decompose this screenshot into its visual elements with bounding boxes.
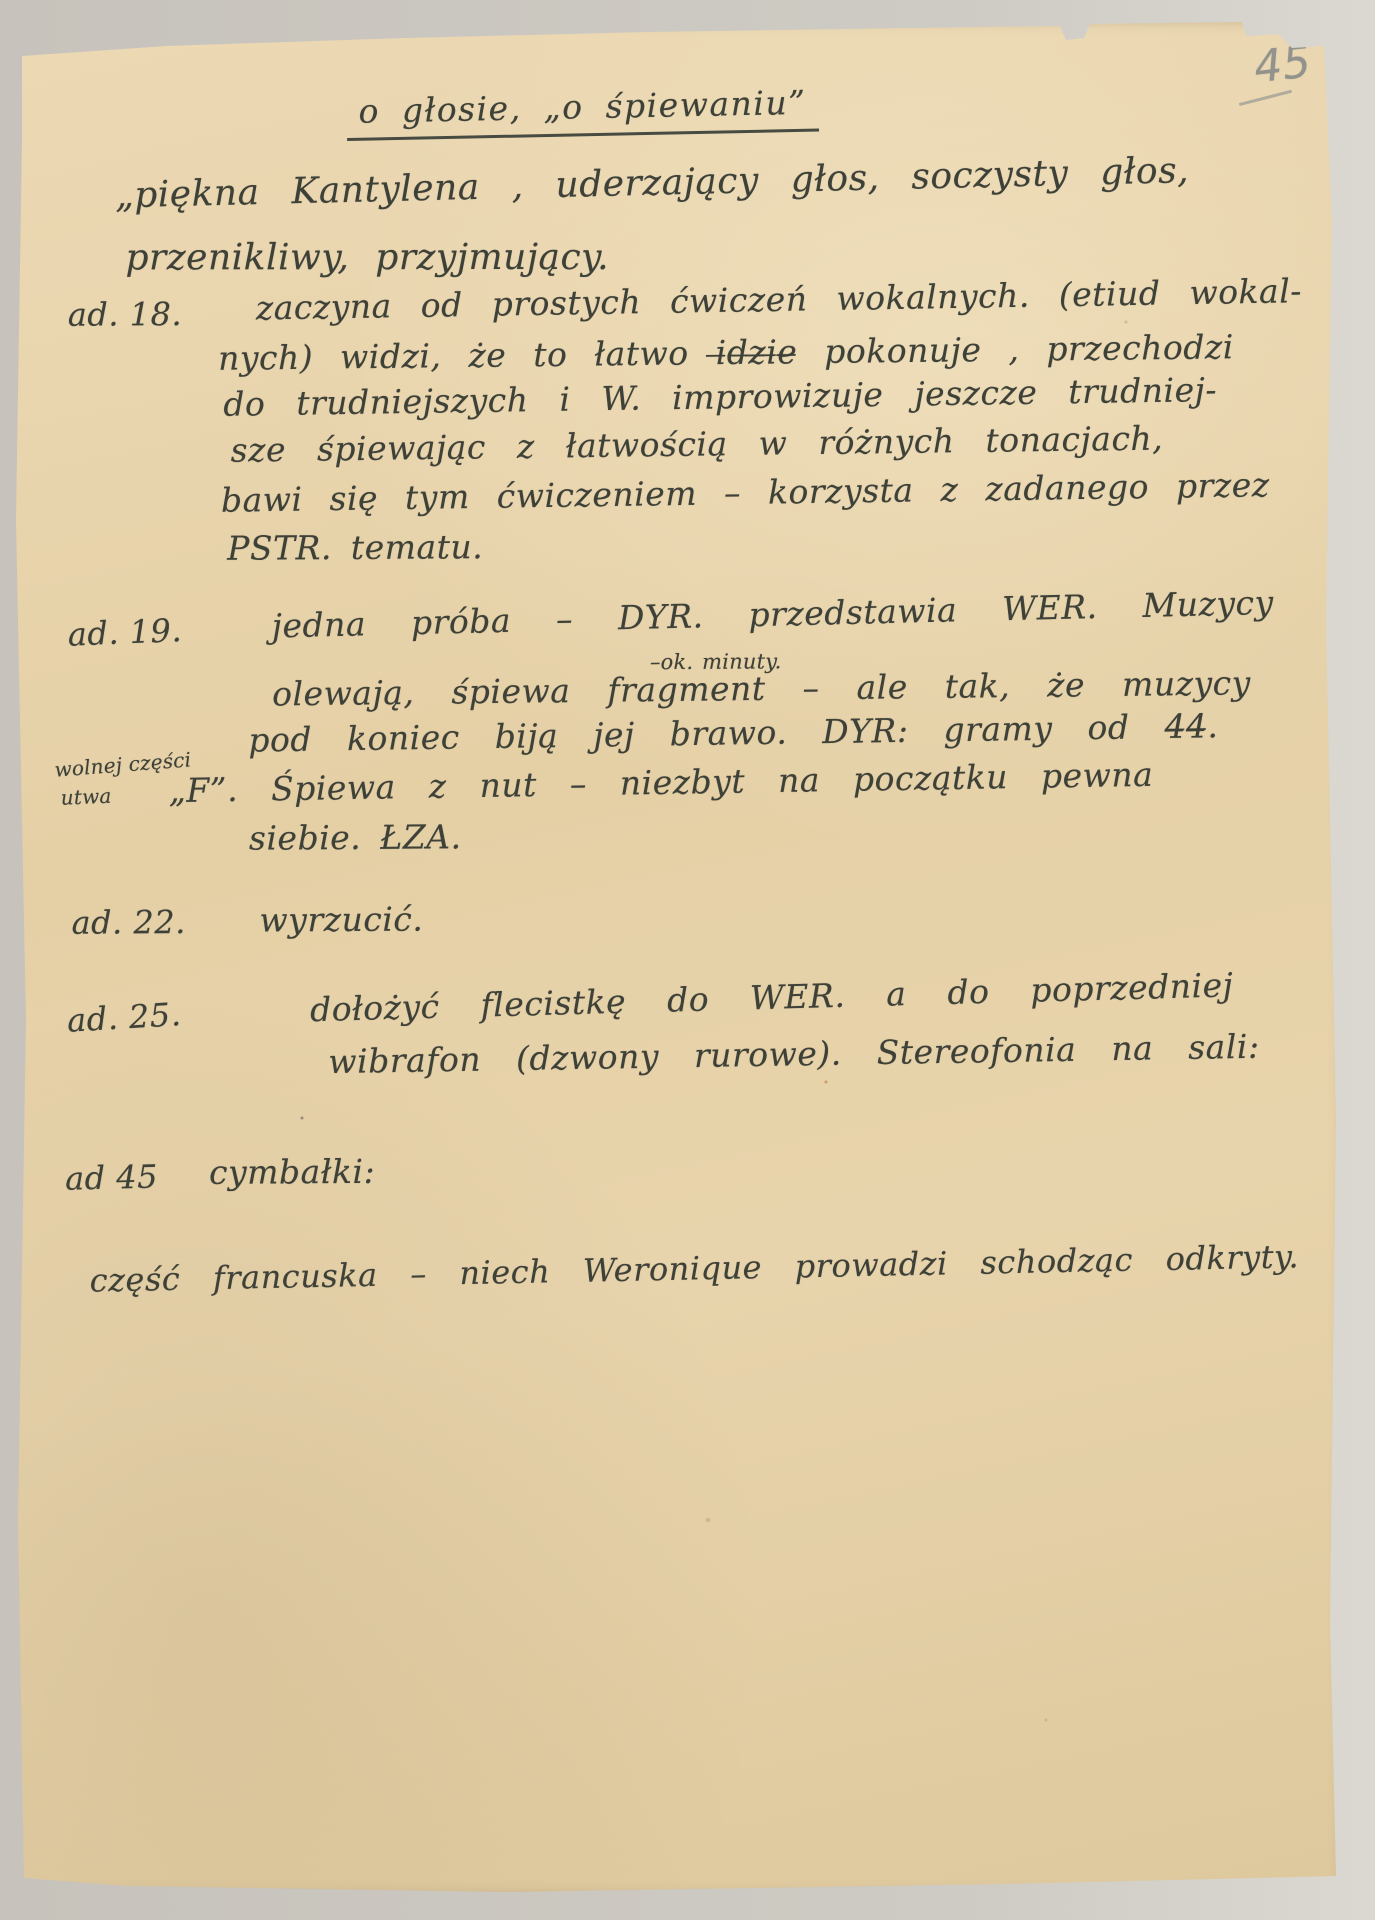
- handwritten-line: pod koniec biją jej brawo. DYR: gramy od…: [248, 706, 1219, 759]
- section-label: ad. 19.: [67, 611, 183, 654]
- page-title-text: o głosie, „o śpiewaniu”: [346, 83, 819, 141]
- page-content: 45 o głosie, „o śpiewaniu” „piękna Kanty…: [6, 16, 1355, 1902]
- handwritten-line: dołożyć flecistkę do WER. a do poprzedni…: [310, 965, 1234, 1029]
- section-label: ad. 25.: [66, 995, 182, 1040]
- handwritten-line: przenikliwy, przyjmujący.: [125, 237, 609, 278]
- handwritten-line: do trudniejszych i W. improwizuje jeszcz…: [223, 370, 1217, 424]
- section-label: ad. 22.: [71, 903, 186, 942]
- handwritten-line: siebie. ŁZA.: [249, 817, 462, 857]
- handwritten-line: wibrafon (dzwony rurowe). Stereofonia na…: [328, 1027, 1260, 1081]
- handwritten-line: bawi się tym ćwiczeniem – korzysta z zad…: [221, 465, 1270, 520]
- margin-note: utwa: [60, 784, 112, 810]
- handwritten-line: „F”. Śpiewa z nut – niezbyt na początku …: [168, 755, 1153, 810]
- handwritten-line: cymbałki:: [209, 1152, 375, 1192]
- section-label: ad 45: [65, 1158, 159, 1198]
- handwritten-line: zaczyna od prostych ćwiczeń wokalnych. (…: [255, 271, 1302, 327]
- handwritten-line: PSTR. tematu.: [227, 527, 483, 568]
- handwritten-line: „piękna Kantylena , uderzający głos, soc…: [115, 150, 1190, 216]
- scanned-notebook-page: 45 o głosie, „o śpiewaniu” „piękna Kanty…: [6, 20, 1344, 1898]
- handwritten-line: wyrzucić.: [259, 900, 423, 940]
- page-number: 45: [1251, 36, 1313, 93]
- section-label: ad. 18.: [68, 295, 183, 334]
- handwritten-line: olewają, śpiewa fragment – ale tak, że m…: [272, 663, 1251, 713]
- handwritten-line: nych) widzi, że to łatwo i̶d̶z̶i̶e̶ poko…: [218, 327, 1234, 378]
- handwritten-line: sze śpiewając z łatwością w różnych tona…: [230, 419, 1163, 470]
- handwritten-line: jedna próba – DYR. przedstawia WER. Muzy…: [271, 583, 1274, 646]
- page-title: o głosie, „o śpiewaniu”: [346, 83, 819, 131]
- handwritten-line: część francuska – niech Weronique prowad…: [89, 1237, 1299, 1299]
